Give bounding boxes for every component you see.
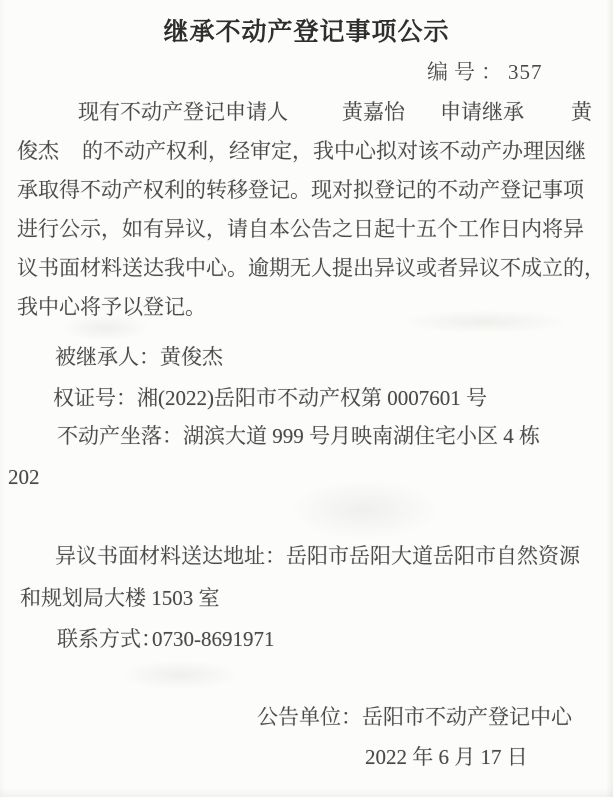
objection-address-field: 异议书面材料送达地址：岳阳市岳阳大道岳阳市自然资源 bbox=[55, 543, 580, 570]
decedent-name-part: 黄 bbox=[571, 99, 592, 126]
property-location-line: 202 bbox=[0, 464, 613, 491]
notice-body-line: 我中心将予以登记。 bbox=[0, 294, 613, 321]
body-text: 进行公示，如有异议，请自本公告之日起十五个工作日内将异 bbox=[17, 216, 584, 243]
property-location-field: 不动产坐落：湖滨大道 999 号月映南湖住宅小区 4 栋 bbox=[57, 423, 540, 450]
decedent-line: 被继承人：黄俊杰 bbox=[0, 344, 613, 371]
notice-date: 2022 年 6 月 17 日 bbox=[365, 744, 528, 771]
property-location-line: 不动产坐落：湖滨大道 999 号月映南湖住宅小区 4 栋 bbox=[0, 423, 613, 450]
notice-body-line: 俊杰 的不动产权利，经审定，我中心拟对该不动产办理因继 bbox=[0, 138, 613, 165]
body-text: 我中心将予以登记。 bbox=[17, 294, 206, 321]
objection-address-line: 和规划局大楼 1503 室 bbox=[0, 585, 613, 612]
contact-label: 联系方式： bbox=[57, 626, 162, 653]
body-text: 议书面材料送达我中心。逾期无人提出异议或者异议不成立的， bbox=[17, 255, 605, 282]
page-title: 继承不动产登记事项公示 bbox=[0, 16, 613, 48]
certificate-number-field: 权证号：湘(2022)岳阳市不动产权第 0007601 号 bbox=[53, 385, 487, 412]
issuer-line: 公告单位：岳阳市不动产登记中心 bbox=[0, 704, 613, 731]
date-line: 2022 年 6 月 17 日 bbox=[0, 744, 613, 771]
objection-address-line: 异议书面材料送达地址：岳阳市岳阳大道岳阳市自然资源 bbox=[0, 543, 613, 570]
decedent-name-part: 俊杰 bbox=[17, 138, 59, 165]
issuer-field: 公告单位：岳阳市不动产登记中心 bbox=[257, 704, 572, 731]
objection-address-continued: 和规划局大楼 1503 室 bbox=[20, 585, 220, 612]
body-text: 的不动产权利，经审定，我中心拟对该不动产办理因继 bbox=[82, 138, 586, 165]
scan-smudge bbox=[120, 660, 240, 690]
notice-body-line: 承取得不动产权利的转移登记。现对拟登记的不动产登记事项 bbox=[0, 177, 613, 204]
notice-body-line: 现有不动产登记申请人 黄嘉怡 申请继承 黄 bbox=[0, 99, 613, 126]
contact-phone-number: 0730-8691971 bbox=[152, 626, 275, 653]
doc-number: 编号： 357 bbox=[0, 58, 613, 86]
inheritance-notice-document: 继承不动产登记事项公示 编号： 357 现有不动产登记申请人 黄嘉怡 申请继承 … bbox=[0, 0, 613, 797]
body-text: 申请继承 bbox=[440, 99, 524, 126]
notice-body-line: 进行公示，如有异议，请自本公告之日起十五个工作日内将异 bbox=[0, 216, 613, 243]
body-text: 承取得不动产权利的转移登记。现对拟登记的不动产登记事项 bbox=[17, 177, 584, 204]
contact-line: 联系方式： 0730-8691971 bbox=[0, 626, 613, 653]
doc-number-label: 编号： bbox=[427, 58, 508, 86]
certificate-number-line: 权证号：湘(2022)岳阳市不动产权第 0007601 号 bbox=[0, 385, 613, 412]
applicant-name: 黄嘉怡 bbox=[342, 99, 405, 126]
decedent-field: 被继承人：黄俊杰 bbox=[55, 344, 223, 371]
body-text: 现有不动产登记申请人 bbox=[78, 99, 288, 126]
doc-number-value: 357 bbox=[508, 58, 543, 86]
notice-body-line: 议书面材料送达我中心。逾期无人提出异议或者异议不成立的， bbox=[0, 255, 613, 282]
property-location-continued: 202 bbox=[8, 464, 40, 491]
